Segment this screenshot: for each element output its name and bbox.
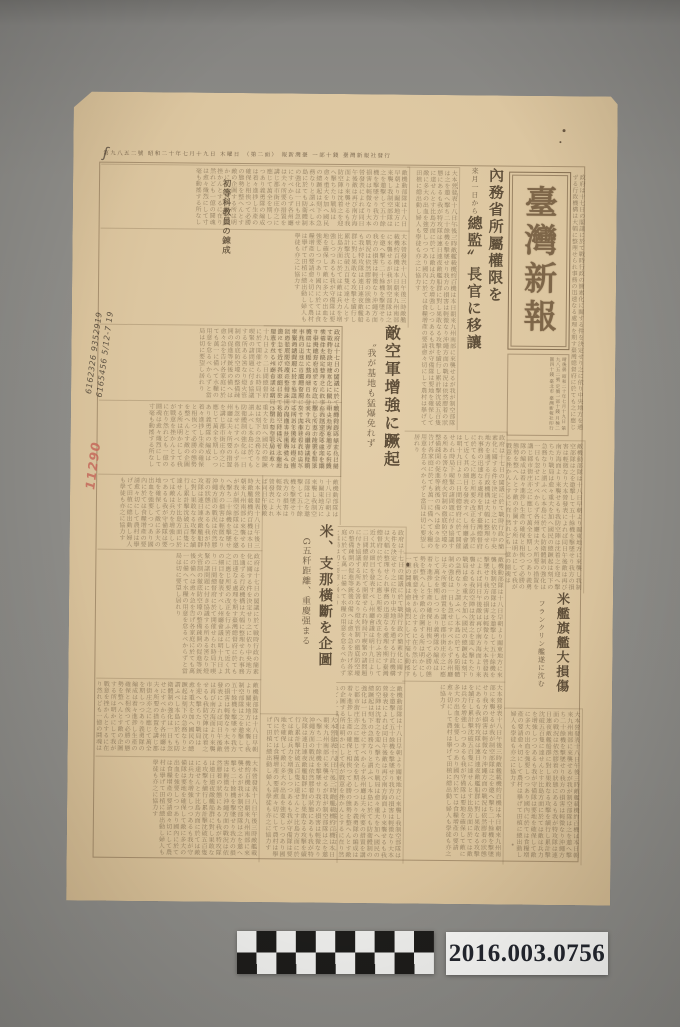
article-block: 敵機動部隊は十八日早朝より關東地方に來襲し我制空部隊は之を邀擊して五十餘機を擊墜… (96, 678, 262, 759)
article-block: 大本營發表十八日午後三時敵艦載機約百機は本日朝來九州南部に來襲せるが我が制空部隊… (405, 167, 461, 430)
headline-us-flagship: 米艦旗艦大損傷 フランクリン艦遂に沈む (504, 592, 571, 705)
newspaper-page: ʃ 第九八五二號 昭和二十年七月十九日 木曜日 （第二面） 報新灣臺 一部十錢 … (66, 91, 618, 905)
headline-c-main: 米、支那橫斷を企圖 (314, 524, 335, 668)
article-block: 政府は十七日の閣議に於て戰時行政の簡素化に關する件を決定せり之に依り中央地方を通… (571, 172, 588, 436)
headline-a-kicker: 来月一日から (471, 167, 479, 215)
article-block: 政府は十七日の閣議に於て戰時行政の簡素化に關する件を決定せり之に依り中央地方を通… (96, 549, 262, 681)
page-header-line: 第九八五二號 昭和二十年七月十九日 木曜日 （第二面） 報新灣臺 一部十錢 臺灣… (103, 149, 581, 164)
article-block: 大本營發表十八日午後三時敵艦載機約百機は本日朝來九州南部に來襲せるが我が制空部隊… (400, 681, 505, 865)
article-block: 大本營發表十八日午後三時敵艦載機約百機は本日朝來九州南部に來襲せるが我が制空部隊… (95, 756, 261, 863)
headline-c-sub: G五粁距離、重慶强まる (299, 538, 313, 646)
headline-b-main: 敵空軍增強に蹶起 (379, 324, 403, 468)
headline-interior-ministry: 內務省所屬權限を 来月一日から總監〟長官に移讓 總動員業務等所管事項 (455, 167, 508, 429)
article-block: 敵機動部隊は十八日早朝より關東地方に來襲し我制空部隊は之を邀擊して五十餘機を擊墜… (262, 475, 341, 525)
mini-headline: 初等科教員の錬成 (213, 179, 232, 291)
checkerboard-pattern (237, 931, 434, 974)
color-calibration-strip (237, 931, 434, 974)
masthead-box: 臺灣新報 (507, 172, 571, 351)
article-block: 大本營發表十八日午後三時敵艦載機約百機は本日朝來九州南部に來襲せるが我が制空部隊… (97, 474, 263, 552)
headline-d-main: 米艦旗艦大損傷 (551, 592, 571, 694)
headline-a-line2: 来月一日から總監〟長官に移讓 (463, 167, 486, 351)
paper-speck (563, 129, 566, 132)
article-block: 政府は十七日の閣議に於て戰時行政の簡素化に關する件を決定せり之に依り中央地方を通… (336, 526, 407, 684)
headline-b-sub: 〝我が基地も猛爆免れず (363, 338, 377, 448)
article-block: 大本營發表十八日午後三時敵艦載機約百機は本日朝來九州南部に來襲せるが我が制空部隊… (259, 713, 339, 863)
headline-d-sub: フランクリン艦遂に沈む (536, 600, 547, 688)
paper-speck (512, 844, 514, 846)
publication-info-box: 晴後曇 昭和二十年七月十九日 第九八五二號 定價一部十錢 月極二圓四十錢 臺北市… (507, 354, 570, 437)
article-block: 政府は十七日の閣議に於て戰時行政の簡素化に關する件を決定せり之に依り中央地方を通… (403, 431, 507, 555)
headline-enemy-air-force: 敵空軍增強に蹶起 〝我が基地も猛爆免れず (338, 324, 404, 525)
masthead-title: 臺灣新報 (510, 175, 568, 348)
accession-label: 2016.003.0756 (446, 932, 608, 975)
headline-a-main1: 內務省所屬權限を (485, 167, 507, 303)
article-block: 敵機動部隊は十八日早朝より關東地方に來襲し我制空部隊は之を邀擊して五十餘機を擊墜… (402, 553, 506, 683)
photo-backdrop: ʃ 第九八五二號 昭和二十年七月十九日 木曜日 （第二面） 報新灣臺 一部十錢 … (0, 0, 680, 1027)
paper-speck (559, 141, 561, 143)
article-block: 敵機動部隊は十八日早朝より關東地方に來襲し我制空部隊は之を邀擊して五十餘機を擊墜… (505, 440, 585, 594)
ink-blot (406, 563, 409, 567)
article-block: 政府は十七日の閣議に於て戰時行政の簡素化に關する件を決定せり之に依り中央地方を通… (262, 325, 342, 477)
article-block: 大本營發表十八日午後三時敵艦載機約百機は本日朝來九州南部に來襲せるが我が制空部隊… (502, 708, 583, 866)
article-block: 大本營發表十八日午後三時敵艦載機約百機は本日朝來九州南部に來襲せるが我が制空部隊… (100, 228, 410, 328)
headline-a-main2: 總監〟長官に移讓 (464, 215, 483, 351)
accession-number: 2016.003.0756 (449, 940, 606, 967)
article-block: 敵機動部隊は十八日早朝より關東地方に來襲し我制空部隊は之を邀擊して五十餘機を擊墜… (101, 164, 411, 232)
headline-china-crossing: 米、支那橫斷を企圖 G五粁距離、重慶强まる (260, 523, 336, 710)
article-block: 敵機動部隊は十八日早朝より關東地方に來襲し我制空部隊は之を邀擊して五十餘機を擊墜… (335, 682, 406, 864)
